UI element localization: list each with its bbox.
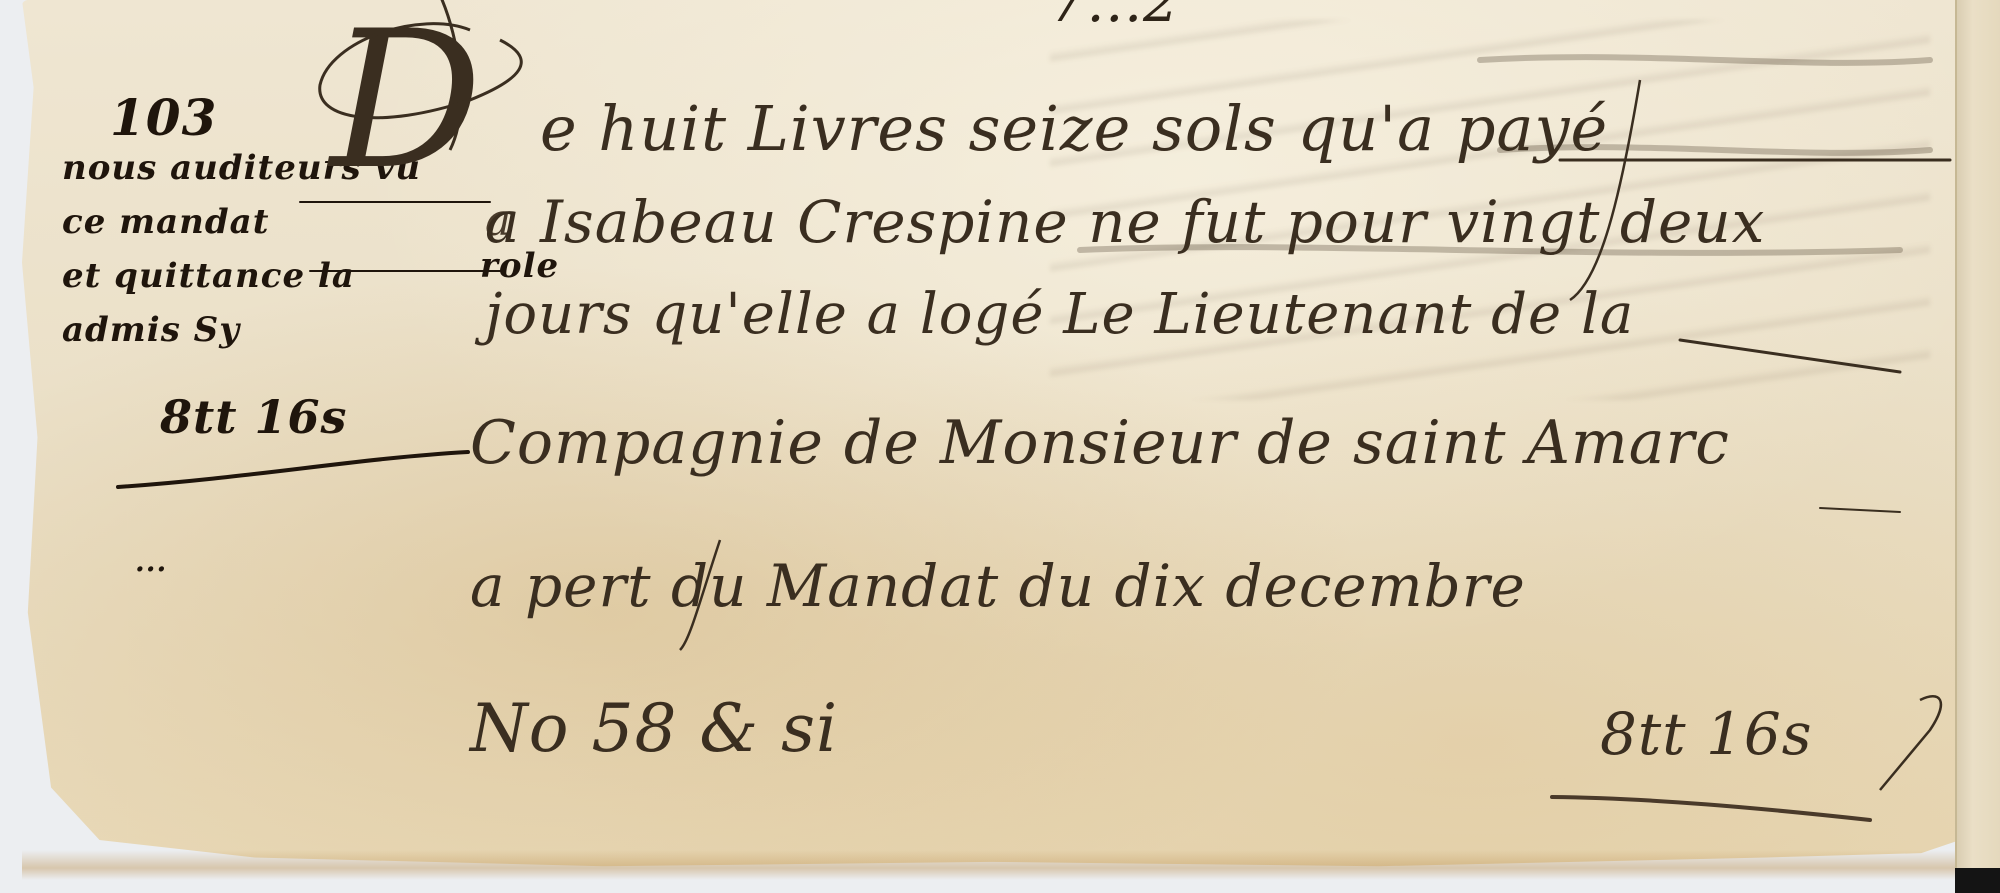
margin-amount: 8tt 16s <box>160 390 347 444</box>
manuscript-scan: 7...2 103 nous auditeurs vu ce mandat et… <box>0 0 2000 893</box>
body-line-3: jours qu'elle a logé Le Lieutenant de la <box>485 282 1634 347</box>
margin-note-line-4: admis Sy <box>62 310 240 350</box>
body-total-amount: 8tt 16s <box>1600 700 1813 768</box>
margin-note-line-2: ce mandat <box>62 202 269 242</box>
body-line-2: a Isabeau Crespine ne fut pour vingt deu… <box>485 188 1765 256</box>
body-line-4: Compagnie de Monsieur de saint Amarc <box>470 408 1730 478</box>
margin-dots: ... <box>135 545 167 578</box>
body-initial: D <box>330 0 483 211</box>
body-line-1: e huit Livres seize sols qu'a payé <box>540 92 1608 165</box>
body-reference-number: No 58 & si <box>470 690 838 767</box>
margin-entry-number: 103 <box>110 88 217 147</box>
margin-note-line-3: et quittance la <box>62 256 355 296</box>
binding-shadow <box>1955 868 2000 893</box>
binding-spine <box>1955 0 2000 880</box>
body-line-5: a pert du Mandat du dix decembre <box>470 552 1526 620</box>
top-fragment: 7...2 <box>1050 0 1180 35</box>
